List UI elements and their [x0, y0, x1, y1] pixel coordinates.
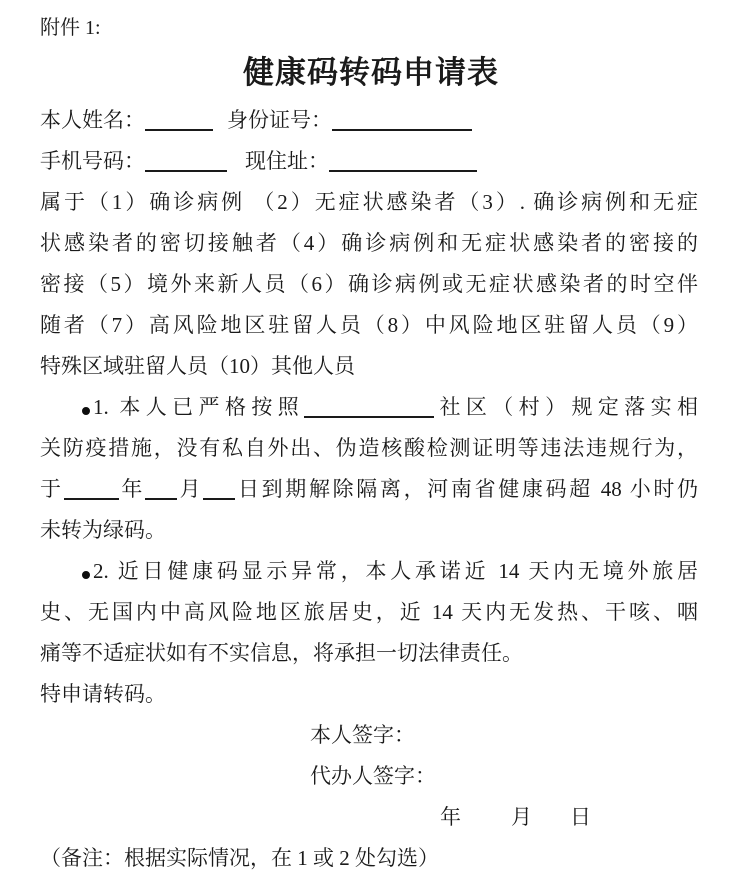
form-row-phone-address: 手机号码：现住址： [40, 141, 698, 182]
day-blank-field [203, 479, 235, 500]
item2-line-3: 痛等不适症状如有不实信息，将承担一切法律责任。 [40, 633, 698, 674]
document-page: 附件 1: 健康码转码申请表 本人姓名：身份证号： 手机号码：现住址： 属于（1… [0, 0, 742, 872]
document-body: 本人姓名：身份证号： 手机号码：现住址： 属于（1）确诊病例 （2）无症状感染者… [40, 100, 698, 872]
year-blank-field [64, 479, 119, 500]
closing-statement: 特申请转码。 [40, 674, 698, 715]
self-signature-label: 本人签字： [40, 715, 698, 756]
phone-blank-field [145, 151, 227, 172]
category-line-2: 状感染者的密切接触者（4）确诊病例和无症状感染者的密接的 [40, 223, 698, 264]
form-row-name-id: 本人姓名：身份证号： [40, 100, 698, 141]
item2-marker: 2. [93, 559, 118, 583]
year-label: 年 [119, 477, 145, 501]
ring-bullet-icon [82, 407, 90, 415]
category-line-4: 随者（7）高风险地区驻留人员（8）中风险地区驻留人员（9） [40, 305, 698, 346]
date-year-label: 年 [440, 805, 461, 829]
date-month-label: 月 [511, 805, 532, 829]
date-day-label: 日 [570, 805, 591, 829]
item1-line-4: 未转为绿码。 [40, 510, 698, 551]
item1-text-after-blank: 社区（村）规定落实相 [434, 395, 698, 419]
phone-label: 手机号码： [40, 149, 145, 173]
date-prefix: 于 [40, 477, 64, 501]
category-line-5: 特殊区域驻留人员（10）其他人员 [40, 346, 698, 387]
item2-line-1: 2. 近日健康码显示异常，本人承诺近 14 天内无境外旅居 [40, 551, 698, 592]
item1-marker: 1. [93, 395, 119, 419]
community-blank-field [304, 397, 434, 418]
address-blank-field [329, 151, 477, 172]
item1-line-1: 1. 本人已严格按照社区（村）规定落实相 [40, 387, 698, 428]
page-title: 健康码转码申请表 [0, 50, 742, 96]
month-label: 月 [177, 477, 203, 501]
item1-line-2: 关防疫措施，没有私自外出、伪造核酸检测证明等违法违规行为， [40, 428, 698, 469]
category-line-3: 密接（5）境外来新人员（6）确诊病例或无症状感染者的时空伴 [40, 264, 698, 305]
name-blank-field [145, 110, 213, 131]
day-suffix-text: 日到期解除隔离，河南省健康码超 48 小时仍 [235, 477, 698, 501]
agent-signature-label: 代办人签字： [40, 756, 698, 797]
item1-text-before-blank: 本人已严格按照 [119, 395, 304, 419]
ring-bullet-icon [82, 571, 90, 579]
category-line-1: 属于（1）确诊病例 （2）无症状感染者（3）. 确诊病例和无症 [40, 182, 698, 223]
name-label: 本人姓名： [40, 108, 145, 132]
id-blank-field [332, 110, 472, 131]
attachment-label: 附件 1: [40, 14, 742, 42]
item2-line-2: 史、无国内中高风险地区旅居史，近 14 天内无发热、干咳、咽 [40, 592, 698, 633]
item2-text-1: 近日健康码显示异常，本人承诺近 14 天内无境外旅居 [118, 559, 698, 583]
date-signature-line: 年月日 [40, 797, 698, 838]
item1-line-3: 于年月日到期解除隔离，河南省健康码超 48 小时仍 [40, 469, 698, 510]
month-blank-field [145, 479, 177, 500]
address-label: 现住址： [245, 149, 329, 173]
note-text: （备注：根据实际情况，在 1 或 2 处勾选） [40, 838, 698, 872]
id-label: 身份证号： [227, 108, 332, 132]
